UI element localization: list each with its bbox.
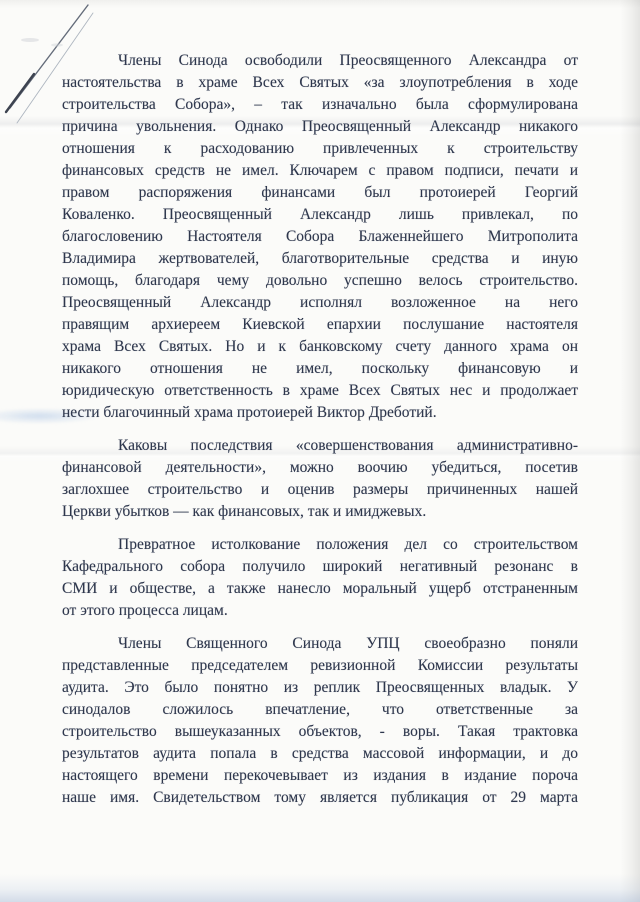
document-text: Члены Синода освободили Преосвященного А… <box>62 50 578 809</box>
text-line: настоящего времени перекочевывает из изд… <box>62 765 578 787</box>
text-line: отношения к расходованию привлеченных к … <box>62 138 578 160</box>
text-line: представленные председателем ревизионной… <box>62 655 578 677</box>
text-line: Превратное истолкование положения дел со… <box>62 534 578 556</box>
text-line: наше имя. Свидетельством тому является п… <box>62 787 578 809</box>
scanned-document-page: Члены Синода освободили Преосвященного А… <box>0 0 640 902</box>
text-line: помощь, благодаря чему довольно успешно … <box>62 270 578 292</box>
text-line: Церкви убытков — как финансовых, так и и… <box>62 501 578 523</box>
text-line: финансовых средств не имел. Ключарем с п… <box>62 160 578 182</box>
text-line: Преосвященный Александр исполнял возложе… <box>62 292 578 314</box>
text-line: результатов аудита попала в средства мас… <box>62 743 578 765</box>
top-edge-shading <box>0 0 640 8</box>
text-line: Владимира жертвователей, благотворительн… <box>62 248 578 270</box>
paragraph: Каковы последствия «совершенствования ад… <box>62 435 578 523</box>
text-line: синодалов сложилось впечатление, что отв… <box>62 699 578 721</box>
text-line: настоятельства в храме Всех Святых «за з… <box>62 72 578 94</box>
text-line: Каковы последствия «совершенствования ад… <box>62 435 578 457</box>
text-line: благословению Настоятеля Собора Блаженне… <box>62 226 578 248</box>
text-line: строительства Собора», – так изначально … <box>62 94 578 116</box>
paragraph: Члены Синода освободили Преосвященного А… <box>62 50 578 424</box>
bottom-scan-tint <box>0 874 640 902</box>
text-line: правом распоряжения финансами был протои… <box>62 182 578 204</box>
text-line: Члены Священного Синода УПЦ своеобразно … <box>62 633 578 655</box>
text-line: Коваленко. Преосвященный Александр лишь … <box>62 204 578 226</box>
text-line: причина увольнения. Однако Преосвященный… <box>62 116 578 138</box>
text-line: нести благочинный храма протоиерей Викто… <box>62 402 578 424</box>
text-line: правящим архиереем Киевской епархии посл… <box>62 314 578 336</box>
text-line: юридическую ответственность в храме Всех… <box>62 380 578 402</box>
right-edge-shading <box>620 0 640 902</box>
text-line: никакого отношения не имел, поскольку фи… <box>62 358 578 380</box>
text-line: финансовой деятельности», можно воочию у… <box>62 457 578 479</box>
paragraph: Превратное истолкование положения дел со… <box>62 534 578 622</box>
text-line: от этого процесса лицам. <box>62 600 578 622</box>
paragraph: Члены Священного Синода УПЦ своеобразно … <box>62 633 578 809</box>
text-line: Члены Синода освободили Преосвященного А… <box>62 50 578 72</box>
text-line: заглохшее строительство и оценив размеры… <box>62 479 578 501</box>
text-line: строительство вышеуказанных объектов, - … <box>62 721 578 743</box>
text-line: Кафедрального собора получило широкий не… <box>62 556 578 578</box>
text-line: СМИ и обществе, а также нанесло моральны… <box>62 578 578 600</box>
text-line: аудита. Это было понятно из реплик Преос… <box>62 677 578 699</box>
text-line: храма Всех Святых. Но и к банковскому сч… <box>62 336 578 358</box>
